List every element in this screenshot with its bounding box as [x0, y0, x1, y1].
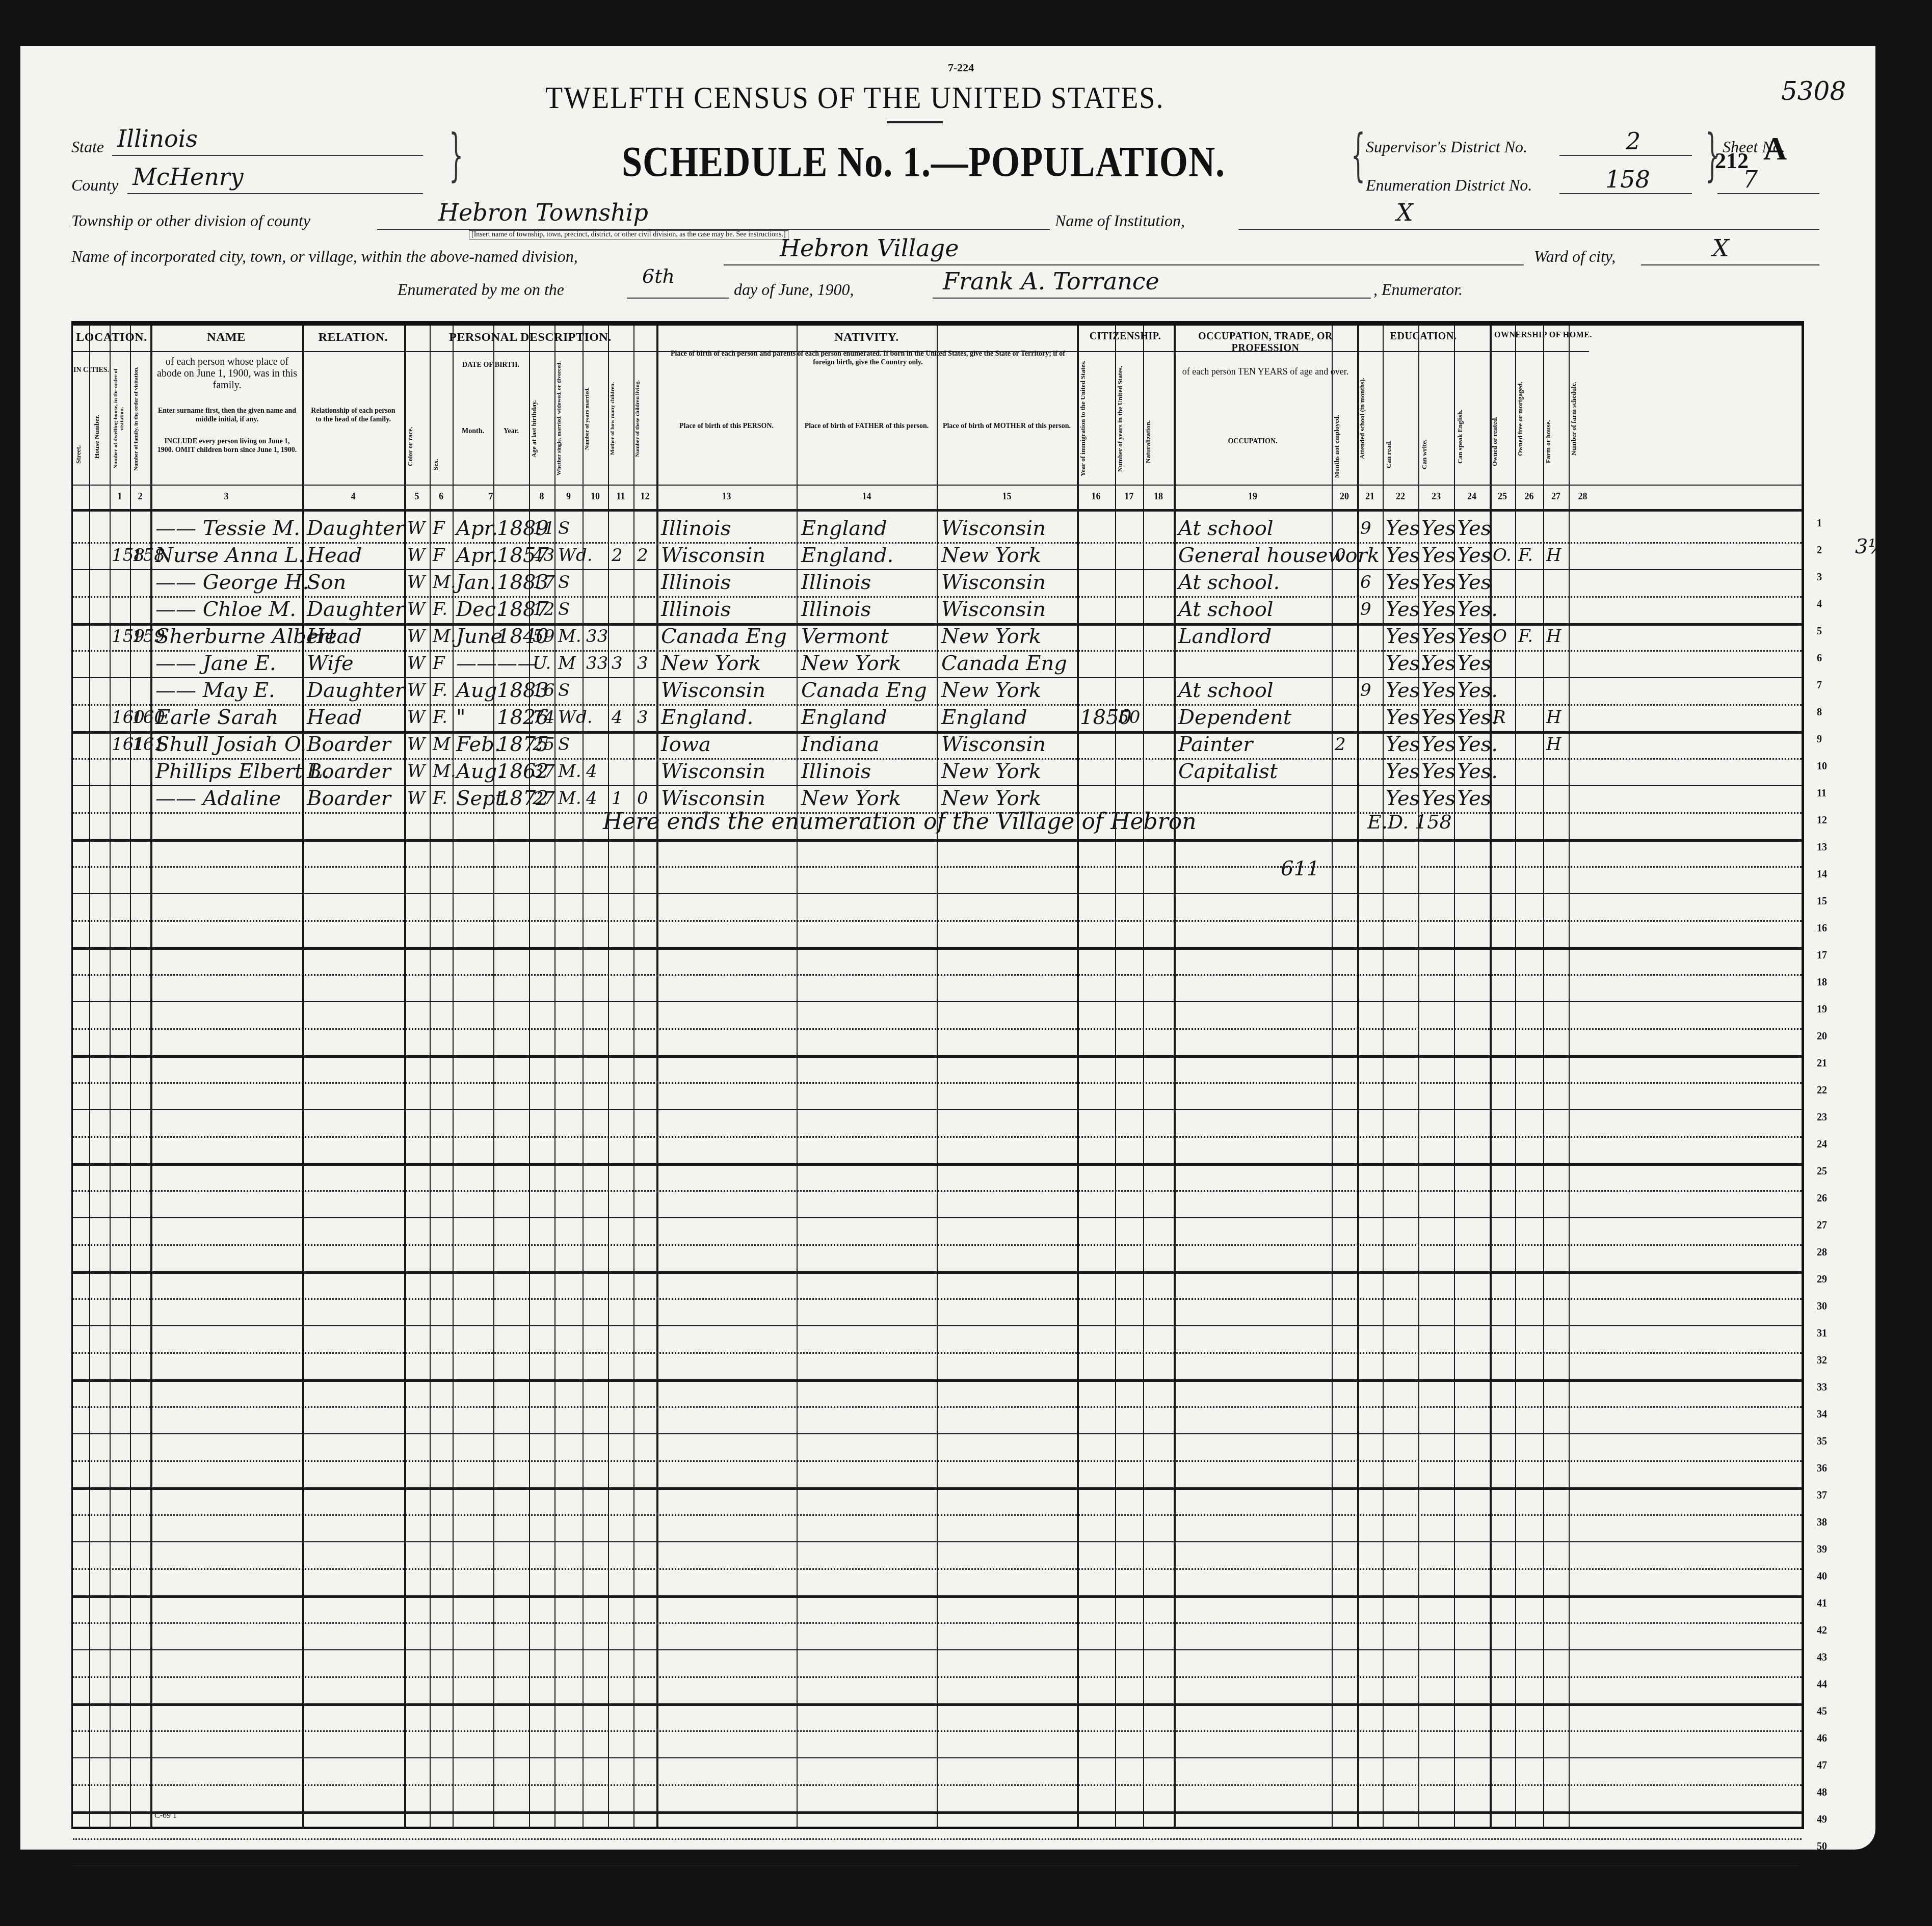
cell-birth-person: Illinois	[661, 596, 731, 623]
cell-name: Shull Josiah O.	[155, 731, 306, 758]
cell-occupation: At school	[1178, 677, 1274, 704]
cell-english: Yes.	[1457, 731, 1498, 758]
ward-value: X	[1712, 234, 1729, 262]
cell-birth-mother: New York	[941, 758, 1041, 785]
col-label-speak-english: Can speak English.	[1457, 392, 1487, 481]
cell-months-unemp: 2	[1335, 731, 1346, 758]
cell-write: Yes	[1421, 515, 1455, 542]
row-rule	[73, 1190, 1802, 1192]
cell-age: 37	[533, 758, 554, 785]
col-line	[1143, 326, 1144, 1827]
enumeration-line	[1559, 192, 1692, 194]
cell-marital: S	[558, 515, 570, 542]
cell-school: 6	[1360, 569, 1371, 596]
row-number: 25	[1817, 1166, 1827, 1178]
supervisor-line	[1559, 154, 1692, 156]
col-label-marital: Whether single, married, widowed, or div…	[556, 356, 581, 481]
row-number: 18	[1817, 977, 1827, 988]
cell-birth-mother: Wisconsin	[941, 731, 1046, 758]
row-number: 47	[1817, 1760, 1827, 1772]
row-rule	[73, 920, 1802, 922]
occupation-description: of each person TEN YEARS of age and over…	[1179, 366, 1352, 377]
enumerator-line	[933, 297, 1371, 299]
col-label-farm-schedule: Number of farm schedule.	[1570, 356, 1596, 481]
cell-birth-person: Illinois	[661, 515, 731, 542]
state-label: State	[71, 138, 104, 156]
cell-farm: H	[1546, 704, 1562, 731]
row-rule	[73, 1595, 1802, 1598]
row-rule	[73, 1136, 1802, 1138]
col-label-immigration: Year of immigration to the United States…	[1079, 356, 1114, 481]
row-number: 11	[1817, 788, 1827, 799]
column-number: 3	[150, 491, 302, 502]
group-citizenship: CITIZENSHIP.	[1077, 331, 1174, 342]
cell-name: —— May E.	[155, 677, 275, 704]
cell-relation: Head	[307, 542, 362, 569]
cell-sex: F.	[433, 785, 447, 812]
cell-marital: S	[558, 677, 570, 704]
cell-age: U.	[533, 650, 551, 677]
form-number: 7-224	[948, 61, 974, 74]
ward-label: Ward of city,	[1534, 247, 1616, 266]
enumerator-suffix: , Enumerator.	[1373, 280, 1463, 299]
cell-race: W	[407, 785, 425, 812]
cell-yrs-married: 33	[586, 623, 608, 650]
row-number: 48	[1817, 1787, 1827, 1799]
left-brace: }	[449, 122, 463, 188]
row-rule	[73, 1217, 1802, 1218]
cell-age: 43	[533, 542, 554, 569]
col-line	[1515, 326, 1516, 1827]
cell-month: Dec.	[456, 596, 502, 623]
cell-mother-of: 4	[612, 704, 623, 731]
col-line	[656, 326, 658, 1827]
column-number: 12	[633, 491, 656, 502]
cell-occupation: Capitalist	[1178, 758, 1278, 785]
column-number: 7	[453, 491, 529, 502]
row-number: 23	[1817, 1112, 1827, 1123]
row-rule	[73, 731, 1802, 734]
cell-month: Apr.	[456, 542, 498, 569]
group-education: EDUCATION.	[1357, 331, 1490, 342]
enumerated-day-line	[627, 297, 729, 299]
row-number: 27	[1817, 1220, 1827, 1232]
cell-farm: H	[1546, 623, 1562, 650]
township-label: Township or other division of county	[71, 211, 310, 230]
column-number: 9	[554, 491, 583, 502]
cell-write: Yes	[1421, 677, 1455, 704]
institution-line	[1238, 228, 1819, 230]
cell-name: —— Adaline	[155, 785, 281, 812]
col-label-month: Month.	[453, 427, 493, 436]
cell-birth-father: New York	[801, 785, 901, 812]
cell-birth-father: England	[801, 515, 887, 542]
cell-relation: Head	[307, 704, 362, 731]
cell-name: Earle Sarah	[155, 704, 278, 731]
cell-read: Yes	[1386, 758, 1420, 785]
row-rule	[73, 1163, 1802, 1166]
row-number: 50	[1817, 1841, 1827, 1853]
row-rule	[73, 1298, 1802, 1300]
cell-english: Yes	[1457, 515, 1491, 542]
cell-race: W	[407, 731, 425, 758]
cell-relation: Wife	[307, 650, 354, 677]
relation-description: Relationship of each person to the head …	[307, 407, 399, 424]
cell-birth-person: Wisconsin	[661, 785, 765, 812]
cell-yrs-us: 50	[1118, 704, 1140, 731]
col-label-farm-house: Farm or house.	[1545, 402, 1568, 481]
row-number: 16	[1817, 923, 1827, 934]
cell-mother-of: 3	[612, 650, 623, 677]
cell-english: Yes	[1457, 542, 1491, 569]
row-rule	[73, 1730, 1802, 1732]
row-number: 21	[1817, 1058, 1827, 1069]
right-brace-close: }	[1705, 122, 1719, 188]
cell-age: 12	[533, 596, 554, 623]
col-line	[89, 326, 90, 1827]
row-number: 12	[1817, 815, 1827, 826]
cell-birth-father: England	[801, 704, 887, 731]
col-line	[430, 326, 431, 1827]
cell-name: —— George H.	[155, 569, 309, 596]
cell-month: Apr.	[456, 515, 498, 542]
cell-school: 9	[1360, 515, 1371, 542]
cell-race: W	[407, 569, 425, 596]
cell-birth-mother: New York	[941, 542, 1041, 569]
cell-birth-person: Wisconsin	[661, 677, 765, 704]
col-label-birth-mother: Place of birth of MOTHER of this person.	[942, 422, 1072, 431]
cell-yrs-married: 4	[586, 758, 597, 785]
row-rule	[73, 1568, 1802, 1570]
row-rule	[73, 1703, 1802, 1706]
cell-name: —— Tessie M.	[155, 515, 300, 542]
cell-write: Yes	[1421, 650, 1455, 677]
row-number: 45	[1817, 1706, 1827, 1718]
cell-birth-father: Indiana	[801, 731, 879, 758]
col-line	[1077, 326, 1079, 1827]
column-number: 13	[656, 491, 797, 502]
cell-relation: Head	[307, 623, 362, 650]
cell-read: Yes	[1386, 704, 1420, 731]
cell-birth-mother: New York	[941, 623, 1041, 650]
cell-birth-mother: New York	[941, 785, 1041, 812]
cell-occupation: At school	[1178, 515, 1274, 542]
cell-month: Aug	[456, 677, 497, 704]
cell-marital: M.	[558, 785, 581, 812]
cell-school: 9	[1360, 677, 1371, 704]
row-number: 9	[1817, 734, 1822, 745]
row-number: 8	[1817, 707, 1822, 718]
col-label-age: Age at last birthday.	[531, 377, 553, 481]
cell-read: Yes	[1386, 731, 1420, 758]
cell-write: Yes	[1421, 704, 1455, 731]
cell-occupation: At school.	[1178, 569, 1280, 596]
cell-month: "	[456, 704, 465, 731]
cell-birth-mother: England	[941, 704, 1027, 731]
name-instruction-2: INCLUDE every person living on June 1, 1…	[157, 438, 297, 455]
population-table: LOCATION. IN CITIES. NAME of each person…	[71, 321, 1804, 1829]
cell-age: 27	[533, 785, 554, 812]
row-number: 31	[1817, 1328, 1827, 1340]
row-rule	[73, 1514, 1802, 1516]
row-rule	[73, 1055, 1802, 1058]
cell-living: 0	[637, 785, 648, 812]
title-ornament-rule	[887, 121, 943, 123]
column-number: 21	[1357, 491, 1383, 502]
row-rule	[73, 893, 1802, 894]
enumerated-prefix: Enumerated by me on the	[398, 280, 564, 299]
row-rule	[73, 1352, 1802, 1354]
column-number: 11	[608, 491, 633, 502]
cell-sex: F	[433, 650, 445, 677]
row-rule	[73, 1541, 1802, 1542]
col-label-years-us: Number of years in the United States.	[1117, 356, 1142, 481]
cell-occupation: Landlord	[1178, 623, 1272, 650]
cell-race: W	[407, 677, 425, 704]
cell-read: Yes	[1386, 785, 1420, 812]
row-rule	[73, 1271, 1802, 1274]
row-rule	[73, 1865, 1802, 1866]
cell-school: 9	[1360, 596, 1371, 623]
col-label-owned-free: Owned free or mortgaged.	[1517, 356, 1542, 481]
cell-write: Yes	[1421, 758, 1455, 785]
column-number: 20	[1332, 491, 1357, 502]
cell-sex: M	[433, 731, 451, 758]
supervisor-label: Supervisor's District No.	[1366, 138, 1527, 156]
cell-birth-mother: Wisconsin	[941, 569, 1046, 596]
row-rule	[73, 1649, 1802, 1650]
row-rule	[73, 677, 1802, 678]
institution-value: X	[1396, 199, 1413, 226]
col-label-months-unemployed: Months not employed.	[1333, 412, 1356, 481]
cell-month: ——	[456, 650, 497, 677]
cell-name: Nurse Anna L.	[155, 542, 305, 569]
col-line	[554, 326, 555, 1827]
cell-read: Yes	[1386, 596, 1420, 623]
cell-read: Yes	[1386, 515, 1420, 542]
row-number: 26	[1817, 1193, 1827, 1205]
cell-write: Yes	[1421, 785, 1455, 812]
row-rule	[73, 1028, 1802, 1030]
group-in-cities: IN CITIES.	[73, 366, 110, 375]
row-rule	[73, 1406, 1802, 1408]
cell-occupation: Dependent	[1178, 704, 1291, 731]
enumerated-middle: day of June, 1900,	[734, 280, 854, 299]
row-number: 24	[1817, 1139, 1827, 1151]
row-number: 40	[1817, 1571, 1827, 1583]
col-line	[797, 326, 798, 1827]
row-number: 39	[1817, 1544, 1827, 1556]
cell-age: 11	[533, 515, 554, 542]
cell-living: 3	[637, 704, 648, 731]
cell-race: W	[407, 623, 425, 650]
col-line	[1115, 326, 1116, 1827]
corner-page-number: 5308	[1781, 76, 1846, 106]
group-ownership: OWNERSHIP OF HOME.	[1490, 331, 1597, 340]
group-personal-description: PERSONAL DESCRIPTION.	[404, 331, 656, 344]
cell-birth-mother: Canada Eng	[941, 650, 1067, 677]
cell-age: 17	[533, 569, 554, 596]
cell-sex: F	[433, 542, 445, 569]
column-number: 15	[937, 491, 1077, 502]
col-line	[937, 326, 938, 1827]
row-rule	[73, 758, 1802, 760]
cell-english: Yes.	[1457, 677, 1498, 704]
column-number: 22	[1383, 491, 1418, 502]
row-number: 15	[1817, 896, 1827, 907]
row-number: 4	[1817, 599, 1822, 610]
column-number: 23	[1418, 491, 1454, 502]
col-label-attended-school: Attended school (in months).	[1359, 356, 1382, 481]
row-rule	[73, 1757, 1802, 1758]
row-number: 42	[1817, 1625, 1827, 1637]
col-label-owned-rented: Owned or rented.	[1491, 402, 1514, 481]
cell-birth-father: Canada Eng	[801, 677, 927, 704]
row-rule	[73, 704, 1802, 706]
township-instruction: [Insert name of township, town, precinct…	[469, 230, 788, 239]
cell-race: W	[407, 758, 425, 785]
column-number: 26	[1515, 491, 1543, 502]
cell-race: W	[407, 596, 425, 623]
column-number: 4	[302, 491, 404, 502]
cell-occupation: Painter	[1178, 731, 1253, 758]
cell-marital: S	[558, 569, 570, 596]
cell-birth-father: New York	[801, 650, 901, 677]
column-number: 1	[110, 491, 130, 502]
margin-note: 611	[1281, 855, 1319, 882]
row-number: 43	[1817, 1652, 1827, 1664]
col-label-birth-father: Place of birth of FATHER of this person.	[802, 422, 932, 431]
cell-free: F.	[1518, 623, 1533, 650]
col-label-color: Color or race.	[407, 412, 427, 481]
cell-sex: F.	[433, 596, 447, 623]
row-rule	[73, 569, 1802, 570]
nativity-description: Place of birth of each person and parent…	[664, 350, 1072, 367]
row-number: 19	[1817, 1004, 1827, 1015]
cell-read: Yes.	[1386, 650, 1426, 677]
row-number: 22	[1817, 1085, 1827, 1096]
cell-birth-person: Iowa	[661, 731, 711, 758]
cell-read: Yes	[1386, 542, 1420, 569]
cell-english: Yes.	[1457, 758, 1498, 785]
row-number: 33	[1817, 1382, 1827, 1394]
cell-age: 16	[533, 677, 554, 704]
column-number: 27	[1543, 491, 1569, 502]
row-rule	[73, 866, 1802, 868]
cell-mother-of: 1	[612, 785, 623, 812]
township-line	[377, 228, 1050, 230]
row-number: 35	[1817, 1436, 1827, 1448]
column-number: 18	[1143, 491, 1174, 502]
cell-month: Jan.	[456, 569, 496, 596]
cell-sex: F.	[433, 677, 447, 704]
row-number: 17	[1817, 950, 1827, 961]
column-number: 10	[583, 491, 608, 502]
cell-name: —— Chloe M.	[155, 596, 296, 623]
row-number: 5	[1817, 626, 1822, 637]
row-rule	[73, 1082, 1802, 1084]
row-number: 29	[1817, 1274, 1827, 1286]
name-description: of each person whose place of abode on J…	[157, 356, 297, 391]
row-number: 2	[1817, 545, 1822, 556]
state-value: Illinois	[117, 125, 198, 152]
row-rule	[73, 812, 1802, 814]
row-rule	[73, 1784, 1802, 1786]
cell-race: W	[407, 650, 425, 677]
row-number: 28	[1817, 1247, 1827, 1259]
supervisor-value: 2	[1626, 127, 1640, 155]
cell-birth-father: Illinois	[801, 569, 871, 596]
state-line	[112, 154, 423, 156]
row-rule	[73, 1244, 1802, 1246]
ward-line	[1641, 263, 1819, 265]
cell-birth-mother: Wisconsin	[941, 515, 1046, 542]
row-rule	[73, 1379, 1802, 1382]
col-label-house-number: House Number.	[93, 392, 107, 481]
cell-relation: Son	[307, 569, 346, 596]
cell-birth-person: Canada Eng	[661, 623, 787, 650]
cell-sex: M.	[433, 758, 456, 785]
cell-marital: M.	[558, 758, 581, 785]
row-rule	[73, 839, 1802, 842]
cell-month: Feb.	[456, 731, 501, 758]
row-rule	[73, 650, 1802, 652]
row-rule	[73, 1460, 1802, 1462]
col-label-can-write: Can write.	[1421, 427, 1451, 481]
cell-yrs-married: 33	[586, 650, 608, 677]
cell-english: Yes	[1457, 623, 1491, 650]
cell-owned: O	[1493, 623, 1507, 650]
row-number: 20	[1817, 1031, 1827, 1042]
group-name: NAME	[150, 331, 302, 344]
col-label-birth-person: Place of birth of this PERSON.	[661, 422, 791, 431]
col-label-naturalization: Naturalization.	[1145, 402, 1173, 481]
cell-relation: Boarder	[307, 785, 391, 812]
cell-relation: Daughter	[307, 596, 405, 623]
row-rule	[73, 1109, 1802, 1110]
cell-marital: Wd.	[558, 542, 593, 569]
cell-age: 74	[533, 704, 554, 731]
cell-farm: H	[1546, 731, 1562, 758]
cell-race: W	[407, 542, 425, 569]
cell-race: W	[407, 515, 425, 542]
cell-owned: R	[1493, 704, 1506, 731]
cell-month: June	[456, 623, 502, 650]
census-sheet: 7-224 5308 TWELFTH CENSUS OF THE UNITED …	[20, 46, 1875, 1850]
county-line	[127, 192, 423, 194]
cell-name: Phillips Elbert L.	[155, 758, 329, 785]
group-location: LOCATION.	[73, 331, 150, 344]
cell-age: 25	[533, 731, 554, 758]
row-number: 37	[1817, 1490, 1827, 1502]
column-number: 16	[1077, 491, 1115, 502]
cell-living: 2	[637, 542, 648, 569]
county-value: McHenry	[133, 163, 244, 191]
row-rule	[73, 785, 1802, 786]
township-value: Hebron Township	[438, 199, 648, 226]
cell-marital: Wd.	[558, 704, 593, 731]
column-number: 17	[1115, 491, 1143, 502]
row-number: 14	[1817, 869, 1827, 880]
cell-birth-father: Illinois	[801, 596, 871, 623]
row-number: 10	[1817, 761, 1827, 772]
col-label-sex: Sex.	[432, 448, 452, 481]
cell-birth-father: England.	[801, 542, 893, 569]
column-number: 24	[1454, 491, 1490, 502]
row-number: 3	[1817, 572, 1822, 583]
cell-relation: Boarder	[307, 731, 391, 758]
row-rule	[73, 1811, 1802, 1814]
